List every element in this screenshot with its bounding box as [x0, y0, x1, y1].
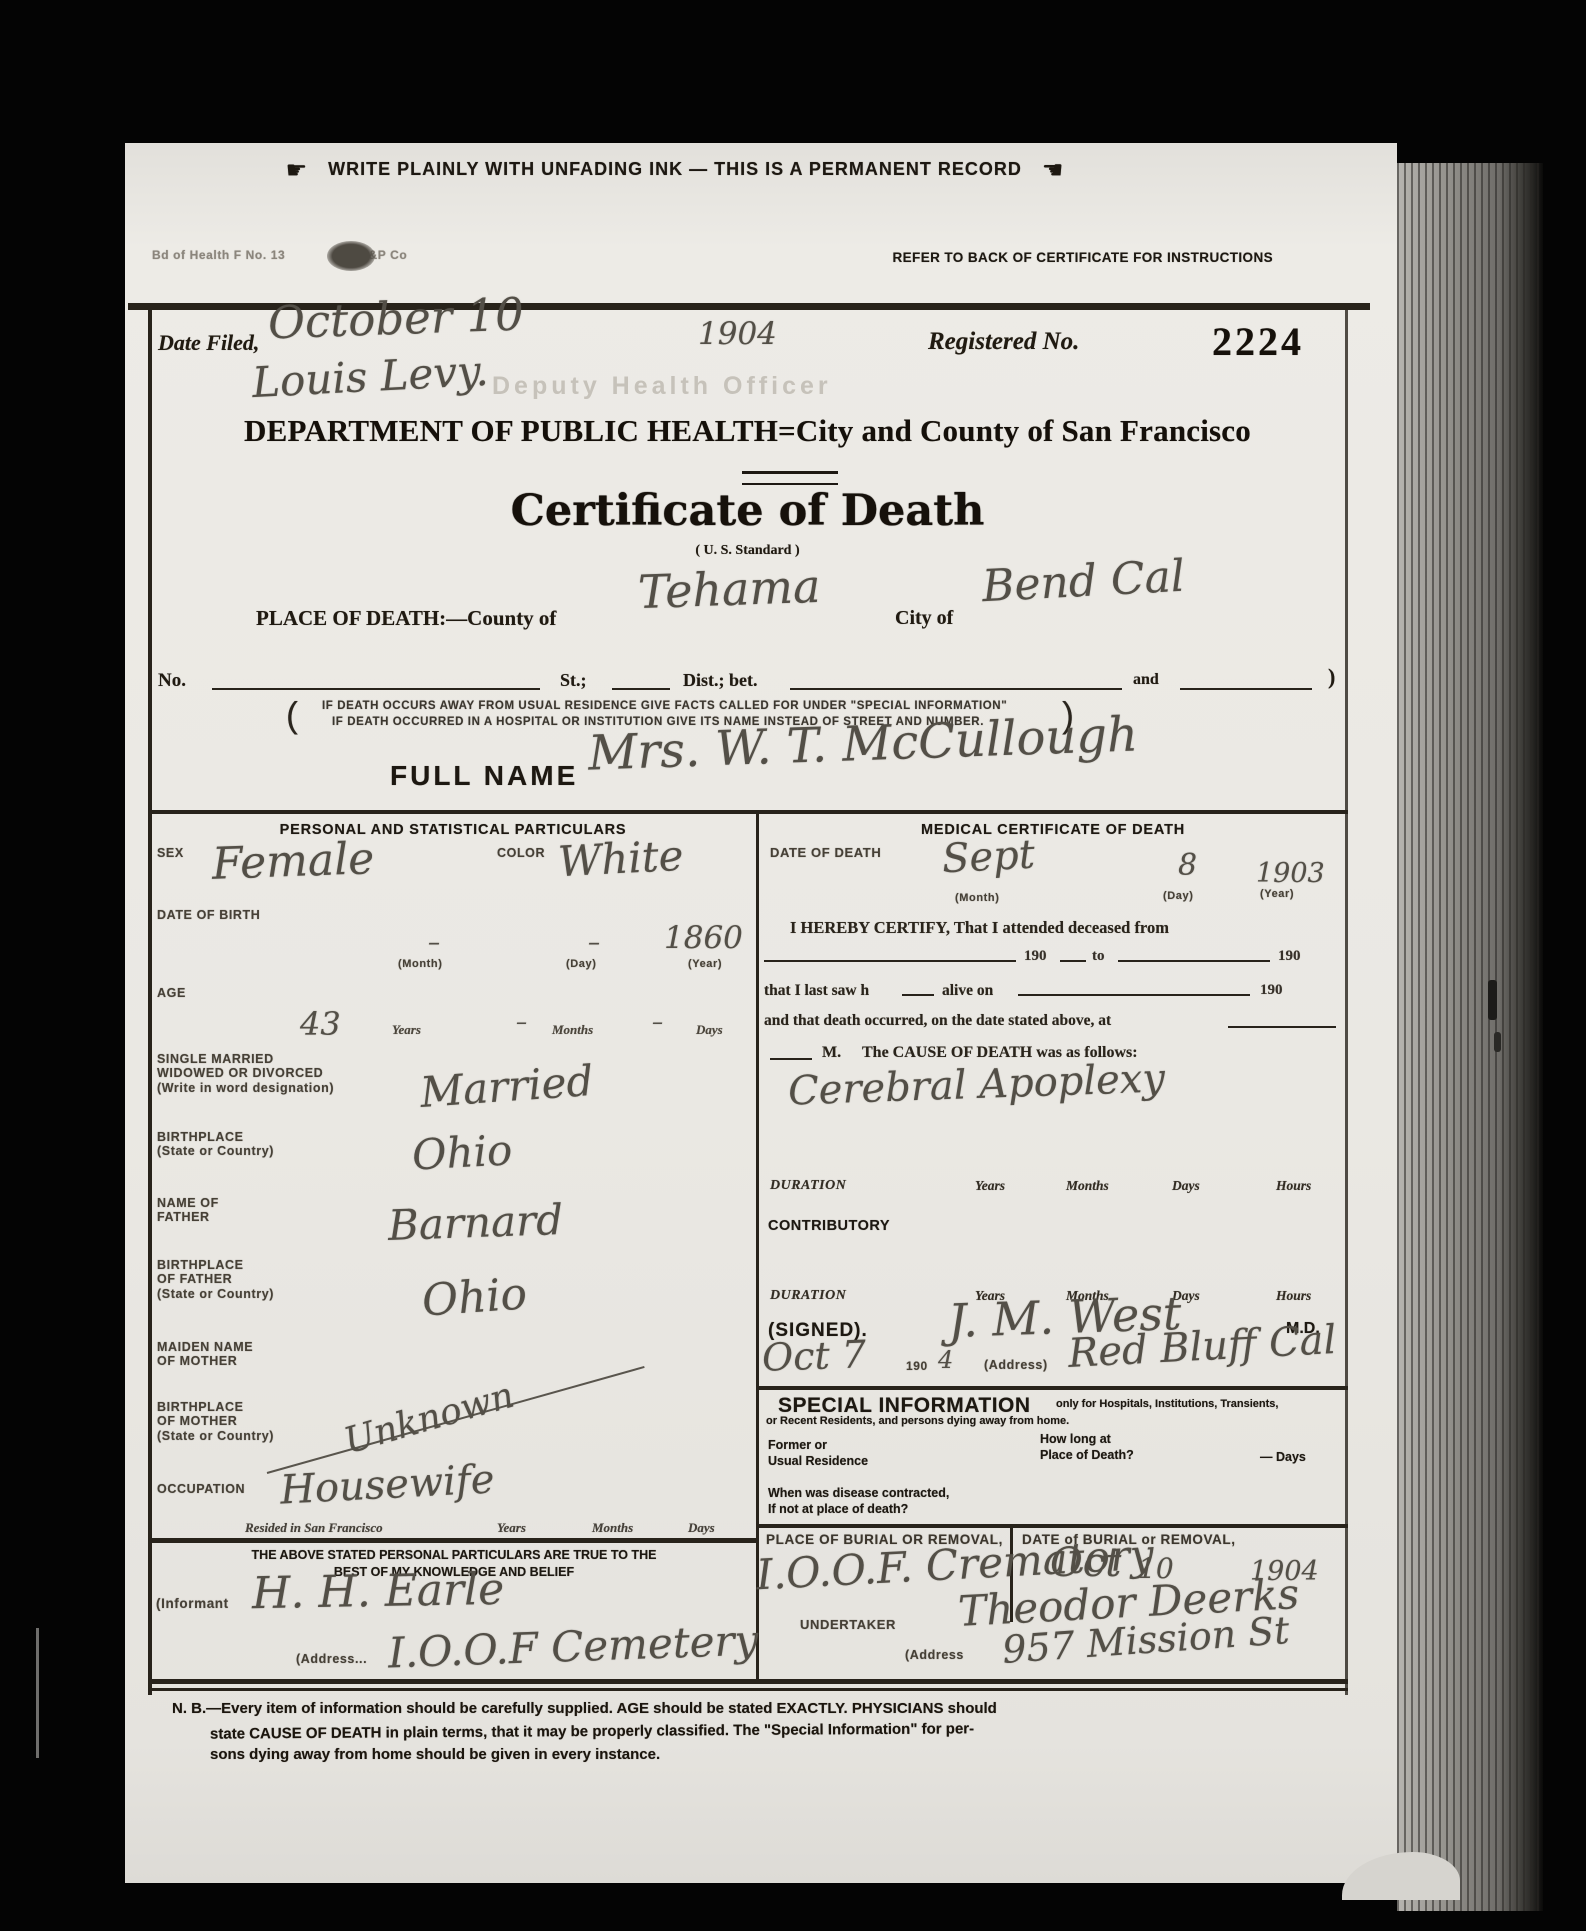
dod-year-label: (Year) [1260, 888, 1294, 901]
informant-label: (Informant [156, 1596, 229, 1612]
line [1228, 1026, 1336, 1028]
burial-top-rule [758, 1524, 1348, 1528]
duration-label-1: DURATION [770, 1178, 846, 1194]
dod-day-label: (Day) [1163, 890, 1194, 903]
duration-label-2: DURATION [770, 1288, 846, 1304]
dob-day-value: – [588, 928, 600, 956]
dur1-days: Days [1172, 1178, 1200, 1194]
dod-month-value: Sept [941, 832, 1036, 883]
section-rule [148, 810, 1348, 814]
father-birthplace-value: Ohio [420, 1268, 528, 1326]
death-occurred-line: and that death occurred, on the date sta… [764, 1012, 1111, 1030]
last-saw-pre: that I last saw h [764, 982, 869, 1000]
line [1180, 688, 1312, 690]
age-months-value: – [516, 1010, 527, 1035]
dob-year-value: 1860 [664, 920, 743, 956]
scratch-mark [36, 1628, 39, 1758]
former-label-1: Former or [768, 1438, 868, 1454]
medical-header: MEDICAL CERTIFICATE OF DEATH [760, 822, 1346, 838]
age-value: 43 [300, 1005, 341, 1043]
contracted-2: If not at place of death? [768, 1502, 949, 1518]
mother-bp-label-2: OF MOTHER [157, 1414, 274, 1428]
undertaker-address-label: (Address [905, 1648, 964, 1662]
st-label: St.; [560, 670, 587, 691]
dob-month-label: (Month) [398, 958, 443, 971]
title-double-rule [742, 471, 838, 485]
department-title: DEPARTMENT OF PUBLIC HEALTH=City and Cou… [150, 413, 1345, 449]
scanned-death-certificate: ☛ WRITE PLAINLY WITH UNFADING INK — THIS… [0, 0, 1586, 1931]
marital-label-1: SINGLE MARRIED [157, 1052, 334, 1066]
deputy-stamp: Deputy Health Officer [492, 372, 832, 401]
sex-label: SEX [157, 846, 184, 860]
resided-label: Resided in San Francisco [245, 1520, 383, 1536]
place-of-death-label: PLACE OF DEATH:—County of [256, 606, 556, 631]
dur2-hours: Hours [1276, 1288, 1311, 1304]
ink-stamp-mark [327, 241, 375, 271]
edge-mark [1488, 980, 1497, 1020]
line [790, 688, 1122, 690]
date-filed-year: 1904 [698, 316, 777, 352]
date-filed-label: Date Filed, [158, 330, 259, 356]
color-label: COLOR [497, 846, 545, 860]
father-bp-label-1: BIRTHPLACE [157, 1258, 274, 1272]
line [764, 960, 1016, 962]
signed-year-digit: 4 [938, 1346, 953, 1374]
informant-value: H. H. Earle [252, 1564, 505, 1619]
birthplace-label: BIRTHPLACE (State or Country) [157, 1130, 274, 1159]
full-name-label: FULL NAME [390, 760, 578, 792]
mother-label-1: MAIDEN NAME [157, 1340, 253, 1354]
line [1018, 994, 1250, 996]
last-saw-190: 190 [1260, 982, 1283, 999]
dob-year-label: (Year) [688, 958, 722, 971]
dist-bet-label: Dist.; bet. [683, 670, 758, 691]
father-label-2: FATHER [157, 1210, 219, 1224]
certify-190-a: 190 [1024, 948, 1047, 965]
banner: ☛ WRITE PLAINLY WITH UNFADING INK — THIS… [170, 156, 1180, 184]
certificate-title: Certificate of Death [150, 486, 1345, 536]
banner-text: WRITE PLAINLY WITH UNFADING INK — THIS I… [328, 159, 1022, 179]
undertaker-label: UNDERTAKER [800, 1618, 896, 1633]
city-of-label: City of [895, 607, 953, 630]
attestation-line1: THE ABOVE STATED PERSONAL PARTICULARS AR… [152, 1548, 756, 1562]
contracted-1: When was disease contracted, [768, 1486, 949, 1502]
refer-note: REFER TO BACK OF CERTIFICATE FOR INSTRUC… [758, 250, 1273, 265]
special-note-1: only for Hospitals, Institutions, Transi… [1056, 1398, 1278, 1410]
mother-birthplace-label: BIRTHPLACE OF MOTHER (State or Country) [157, 1400, 274, 1443]
occupation-label: OCCUPATION [157, 1482, 245, 1496]
mother-bp-label-3: (State or Country) [157, 1429, 274, 1443]
disease-contracted-label: When was disease contracted, If not at p… [768, 1486, 949, 1517]
pointing-hand-right-icon: ☛ [286, 156, 309, 184]
special-note-2: or Recent Residents, and persons dying a… [766, 1415, 1069, 1427]
left-section-rule [148, 1538, 759, 1543]
and-label: and [1133, 671, 1159, 689]
form-border-right [1345, 303, 1348, 1695]
form-border-bottom [148, 1679, 1348, 1684]
contributory-label: CONTRIBUTORY [768, 1218, 890, 1234]
father-birthplace-label: BIRTHPLACE OF FATHER (State or Country) [157, 1258, 274, 1301]
registered-no-value: 2224 [1212, 318, 1304, 365]
birthplace-label-1: BIRTHPLACE [157, 1130, 274, 1144]
footer-note-line3: sons dying away from home should be give… [210, 1746, 660, 1763]
marital-label-2: WIDOWED OR DIVORCED [157, 1066, 334, 1080]
dur1-hours: Hours [1276, 1178, 1311, 1194]
certify-190-b: 190 [1278, 948, 1301, 965]
paren-close: ) [1328, 664, 1335, 690]
signed-address-label: (Address) [984, 1358, 1048, 1372]
dob-day-label: (Day) [566, 958, 597, 971]
alive-on-label: alive on [942, 982, 993, 1000]
registered-no-label: Registered No. [928, 328, 1079, 356]
age-days-value: – [652, 1010, 663, 1035]
note-paren-open: ( [286, 694, 298, 736]
dob-label: DATE OF BIRTH [157, 908, 260, 922]
father-bp-label-2: OF FATHER [157, 1272, 274, 1286]
form-reference-left: Bd of Health F No. 13 [152, 248, 285, 262]
father-bp-label-3: (State or Country) [157, 1287, 274, 1301]
resided-years-label: Years [497, 1520, 526, 1536]
signed-date-value: Oct 7 [761, 1332, 866, 1380]
father-label-1: NAME OF [157, 1196, 219, 1210]
father-name-value: Barnard [387, 1195, 564, 1250]
age-years-label: Years [392, 1022, 421, 1038]
resided-days-label: Days [688, 1520, 715, 1536]
resided-months-label: Months [592, 1520, 633, 1536]
line [1118, 960, 1270, 962]
sex-value: Female [211, 833, 375, 890]
how-long-2: Place of Death? [1040, 1448, 1134, 1464]
cause-m-label: M. [822, 1044, 841, 1062]
former-label-2: Usual Residence [768, 1454, 868, 1470]
informant-address-label: (Address... [296, 1652, 367, 1666]
dur1-years: Years [975, 1178, 1005, 1194]
line [612, 688, 670, 690]
birthplace-value: Ohio [411, 1125, 514, 1179]
father-name-label: NAME OF FATHER [157, 1196, 219, 1225]
date-filed-value: October 10 [267, 288, 524, 350]
mother-label-2: OF MOTHER [157, 1354, 253, 1368]
no-label: No. [158, 670, 186, 692]
dod-year-value: 1903 [1256, 858, 1325, 889]
residence-note-line1: IF DEATH OCCURS AWAY FROM USUAL RESIDENC… [322, 700, 1007, 713]
birthplace-label-2: (State or Country) [157, 1144, 274, 1158]
edge-mark [1494, 1032, 1501, 1052]
mother-bp-label-1: BIRTHPLACE [157, 1400, 274, 1414]
certify-line: I HEREBY CERTIFY, That I attended deceas… [790, 918, 1169, 938]
how-long-label: How long at Place of Death? [1040, 1432, 1134, 1463]
form-reference: Bd of Health F No. 13 B&P Co [152, 249, 407, 263]
line [212, 688, 540, 690]
age-days-label: Days [696, 1022, 723, 1038]
special-top-rule [758, 1386, 1348, 1390]
dur1-months: Months [1066, 1178, 1109, 1194]
age-months-label: Months [552, 1022, 593, 1038]
line [770, 1058, 812, 1060]
age-label: AGE [157, 986, 186, 1000]
marital-label-3: (Write in word designation) [157, 1081, 334, 1095]
date-of-death-label: DATE OF DEATH [770, 846, 881, 861]
pointing-hand-left-icon: ☚ [1042, 156, 1065, 184]
marital-label: SINGLE MARRIED WIDOWED OR DIVORCED (Writ… [157, 1052, 334, 1095]
days-suffix: — Days [1260, 1450, 1306, 1464]
how-long-1: How long at [1040, 1432, 1134, 1448]
city-value: Bend Cal [981, 551, 1186, 613]
footer-note-line1: N. B.—Every item of information should b… [172, 1700, 997, 1717]
signed-190-label: 190 [906, 1360, 928, 1374]
line [902, 994, 934, 996]
dob-month-value: – [428, 928, 440, 956]
book-page-edges [1397, 163, 1543, 1911]
certify-to: to [1092, 948, 1105, 965]
color-value: White [557, 831, 685, 886]
line [1060, 960, 1086, 962]
form-border-bottom-2 [148, 1688, 1348, 1691]
county-value: Tehama [637, 559, 821, 619]
former-residence-label: Former or Usual Residence [768, 1438, 868, 1469]
mother-name-label: MAIDEN NAME OF MOTHER [157, 1340, 253, 1369]
dod-month-label: (Month) [955, 892, 1000, 905]
dod-day-value: 8 [1178, 848, 1197, 883]
